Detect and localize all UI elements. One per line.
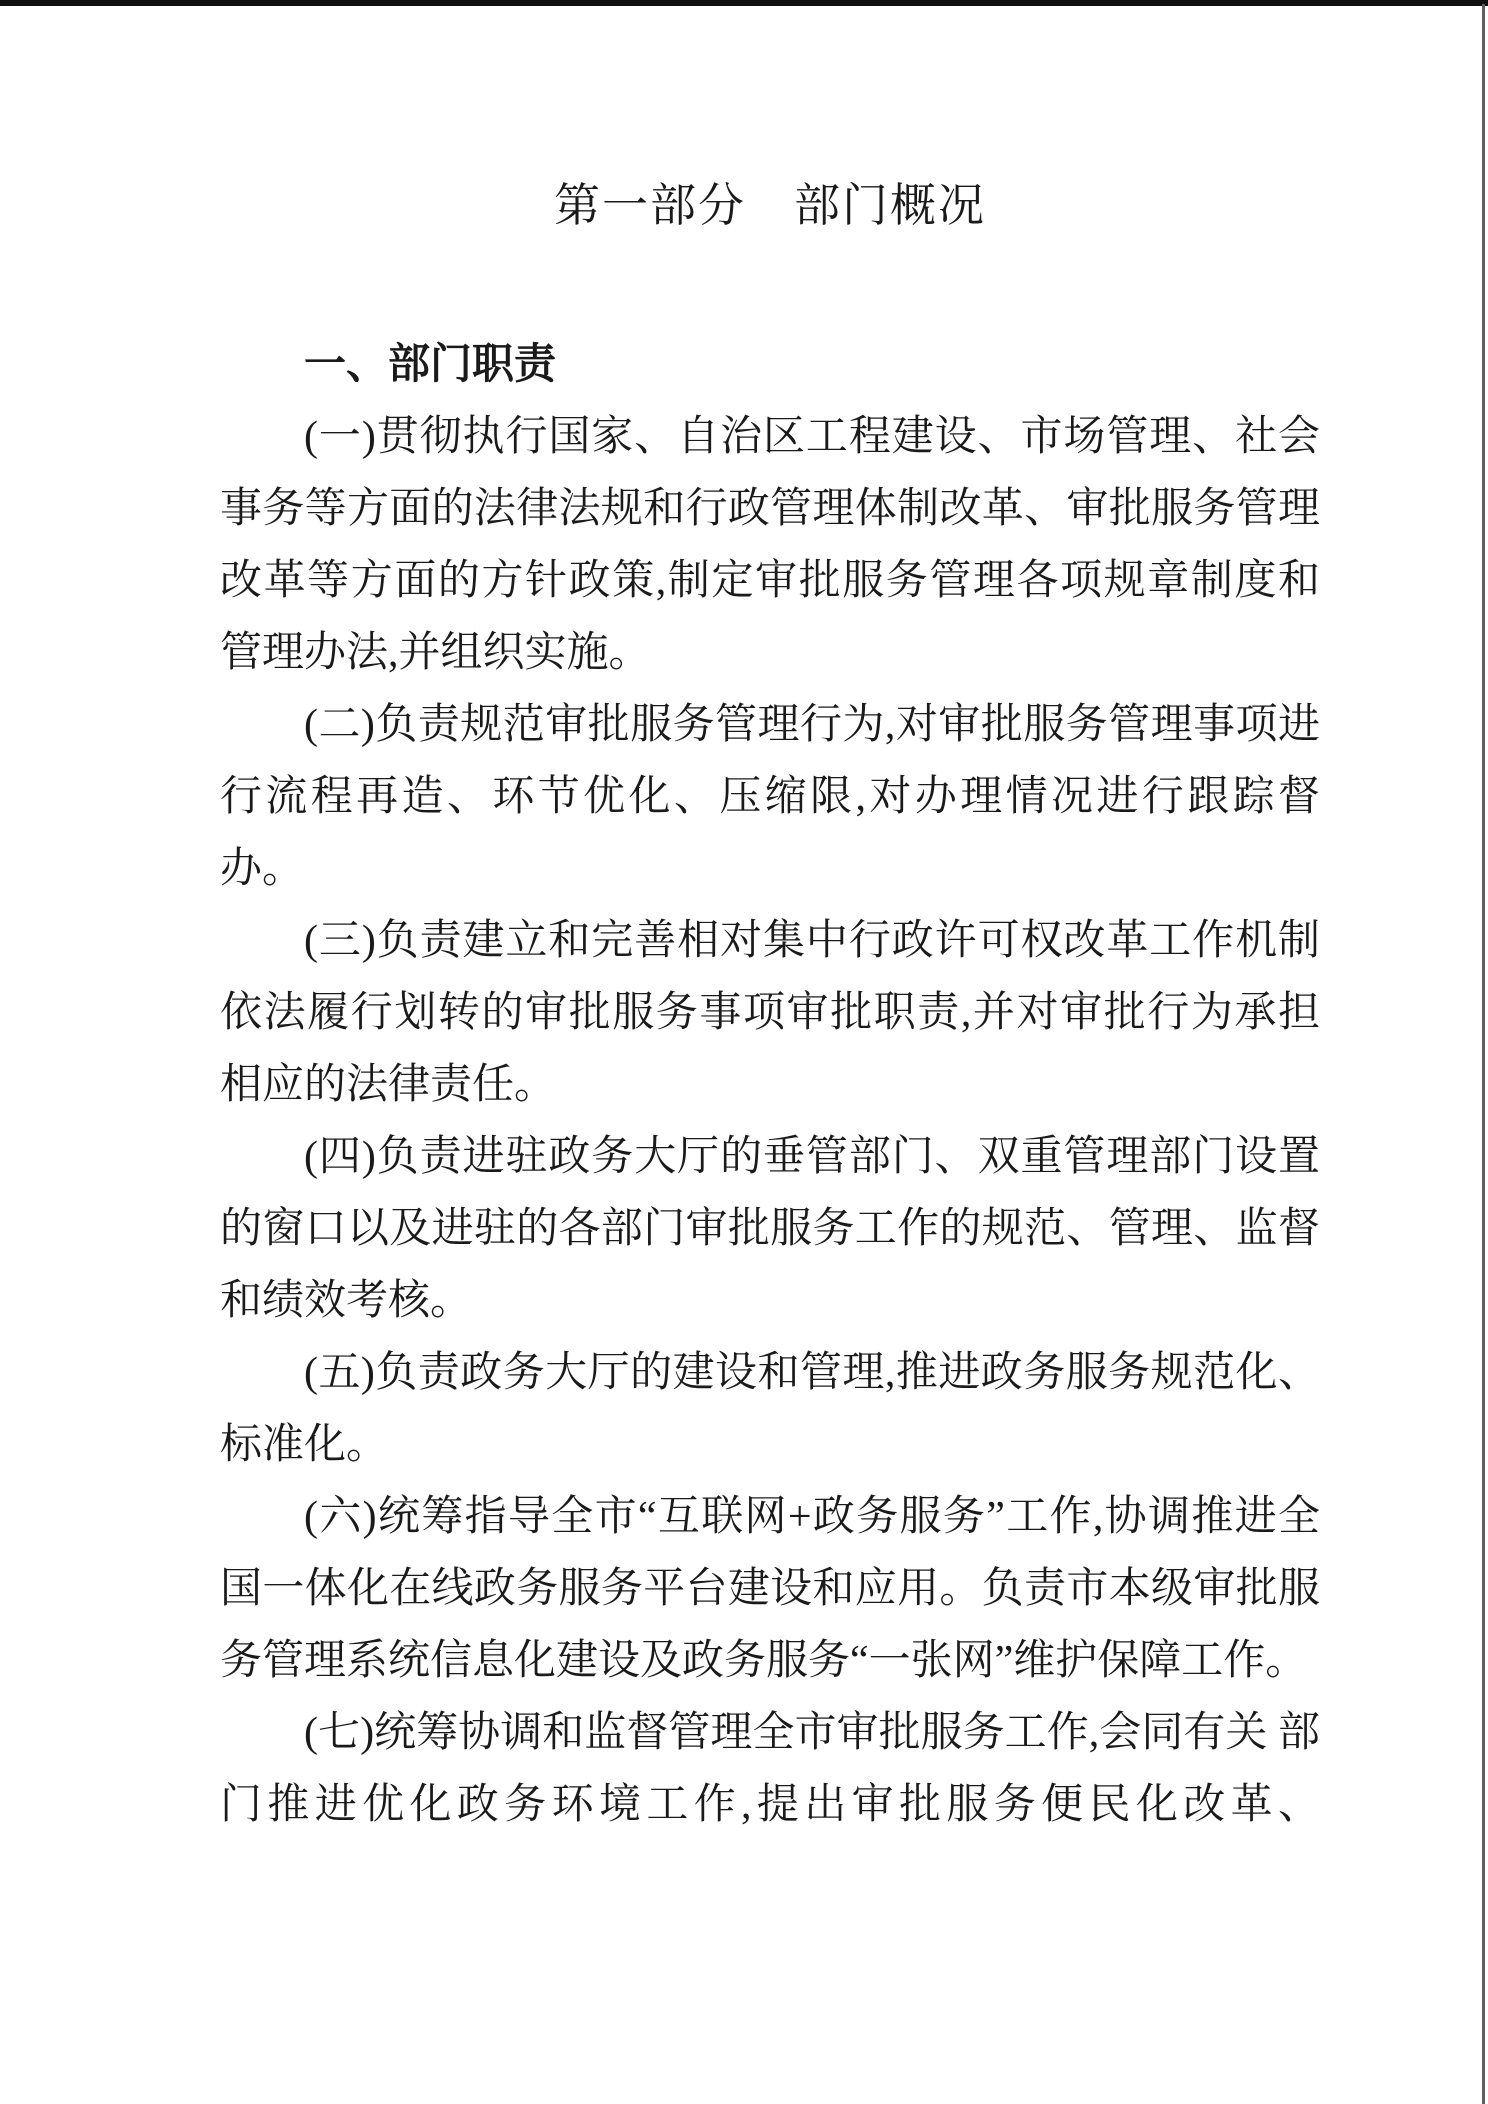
document-content: 第一部分 部门概况 一、部门职责 (一)贯彻执行国家、自治区工程建设、市场管理、…	[220, 0, 1320, 1841]
scanned-document-page: 第一部分 部门概况 一、部门职责 (一)贯彻执行国家、自治区工程建设、市场管理、…	[0, 0, 1488, 2104]
paragraph-2: (二)负责规范审批服务管理行为,对审批服务管理事项进行流程再造、环节优化、压缩限…	[220, 689, 1320, 905]
paragraph-5: (五)负责政务大厅的建设和管理,推进政务服务规范化、标准化。	[220, 1337, 1320, 1481]
paragraph-3: (三)负责建立和完善相对集中行政许可权改革工作机制依法履行划转的审批服务事项审批…	[220, 905, 1320, 1121]
paragraph-7: (七)统筹协调和监督管理全市审批服务工作,会同有关 部门推进优化政务环境工作,提…	[220, 1697, 1320, 1841]
scan-right-edge	[1482, 4, 1485, 2104]
paragraph-1: (一)贯彻执行国家、自治区工程建设、市场管理、社会事务等方面的法律法规和行政管理…	[220, 401, 1320, 689]
section-heading: 一、部门职责	[220, 329, 1320, 401]
paragraph-4: (四)负责进驻政务大厅的垂管部门、双重管理部门设置的窗口以及进驻的各部门审批服务…	[220, 1121, 1320, 1337]
section-body: (一)贯彻执行国家、自治区工程建设、市场管理、社会事务等方面的法律法规和行政管理…	[220, 401, 1320, 1841]
paragraph-6: (六)统筹指导全市“互联网+政务服务”工作,协调推进全国一体化在线政务服务平台建…	[220, 1481, 1320, 1697]
page-title: 第一部分 部门概况	[220, 0, 1320, 234]
